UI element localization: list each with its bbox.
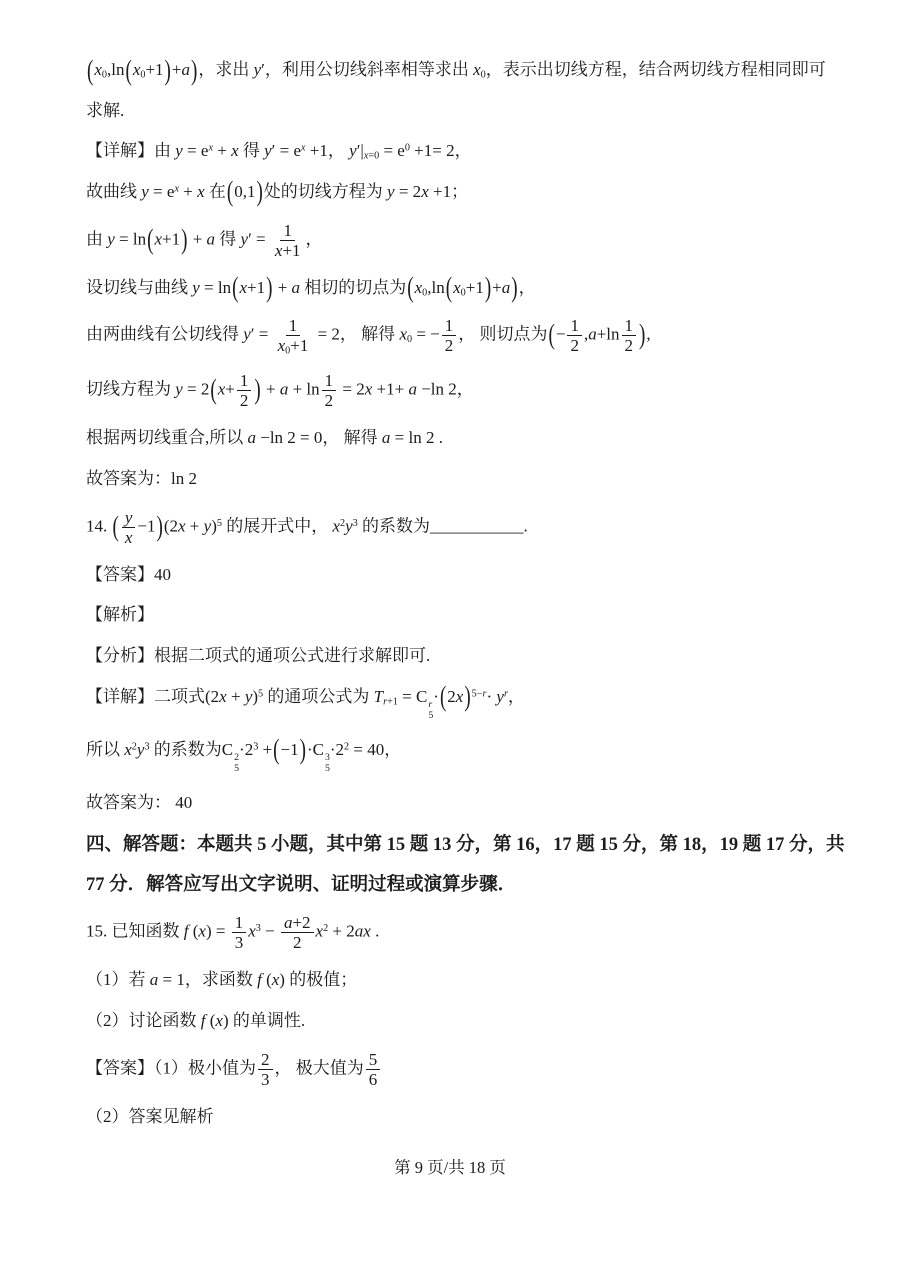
solution13-analysis-end: 求解. xyxy=(86,99,844,124)
solution13-detail-4: 设切线与曲线 y = ln(x+1) + a 相切的切点为(x0,ln(x0+1… xyxy=(86,276,844,301)
q15-answer-part2: （2）答案见解析 xyxy=(86,1105,844,1130)
q14-analysis: 【分析】根据二项式的通项公式进行求解即可. xyxy=(86,644,844,669)
question-14: 14. (yx−1)(2x + y)5 的展开式中， x2y3 的系数为____… xyxy=(86,508,844,547)
q14-final-answer: 故答案为： 40 xyxy=(86,791,844,816)
solution13-analysis-cont: (x0,ln(x0+1)+a)，求出 y′，利用公切线斜率相等求出 x0，表示出… xyxy=(86,58,844,83)
q15-answer-part1: 【答案】（1）极小值为23， 极大值为56 xyxy=(86,1050,844,1089)
solution13-final-answer: 故答案为：ln 2 xyxy=(86,467,844,492)
document-page: (x0,ln(x0+1)+a)，求出 y′，利用公切线斜率相等求出 x0，表示出… xyxy=(0,0,900,1273)
solution13-detail-7: 根据两切线重合,所以 a −ln 2 = 0， 解得 a = ln 2 . xyxy=(86,426,844,451)
document-content: (x0,ln(x0+1)+a)，求出 y′，利用公切线斜率相等求出 x0，表示出… xyxy=(0,0,900,1129)
q14-answer: 【答案】40 xyxy=(86,563,844,588)
solution13-detail-3: 由 y = ln(x+1) + a 得 y′ = 1x+1， xyxy=(86,221,844,260)
solution13-detail-2: 故曲线 y = ex + x 在(0,1)处的切线方程为 y = 2x +1； xyxy=(86,180,844,205)
q15-part1: （1）若 a = 1，求函数 f (x) 的极值； xyxy=(86,968,844,993)
q15-part2: （2）讨论函数 f (x) 的单调性. xyxy=(86,1009,844,1034)
q14-analysis-label: 【解析】 xyxy=(86,603,844,628)
question-15: 15. 已知函数 f (x) = 13x3 − a+22x2 + 2ax . xyxy=(86,913,844,952)
solution13-detail-1: 【详解】由 y = ex + x 得 y′ = ex +1， y′|x=0 = … xyxy=(86,139,844,164)
page-footer: 第 9 页/共 18 页 xyxy=(0,1154,900,1178)
solution13-detail-6: 切线方程为 y = 2(x+12) + a + ln12 = 2x +1+ a … xyxy=(86,371,844,410)
section4-header-line1: 四、解答题：本题共 5 小题，其中第 15 题 13 分，第 16，17 题 1… xyxy=(86,832,844,859)
q14-detail-1: 【详解】二项式(2x + y)5 的通项公式为 Tr+1 = Cr5·(2x)5… xyxy=(86,685,844,722)
section4-header-line2: 77 分．解答应写出文字说明、证明过程或演算步骤． xyxy=(86,872,844,899)
page-number-text: 第 9 页/共 18 页 xyxy=(394,1158,506,1177)
q14-detail-2: 所以 x2y3 的系数为C25·23 +(−1)·C35·22 = 40， xyxy=(86,738,844,775)
solution13-detail-5: 由两曲线有公切线得 y′ = 1x0+1 = 2， 解得 x0 = −12， 则… xyxy=(86,316,844,355)
